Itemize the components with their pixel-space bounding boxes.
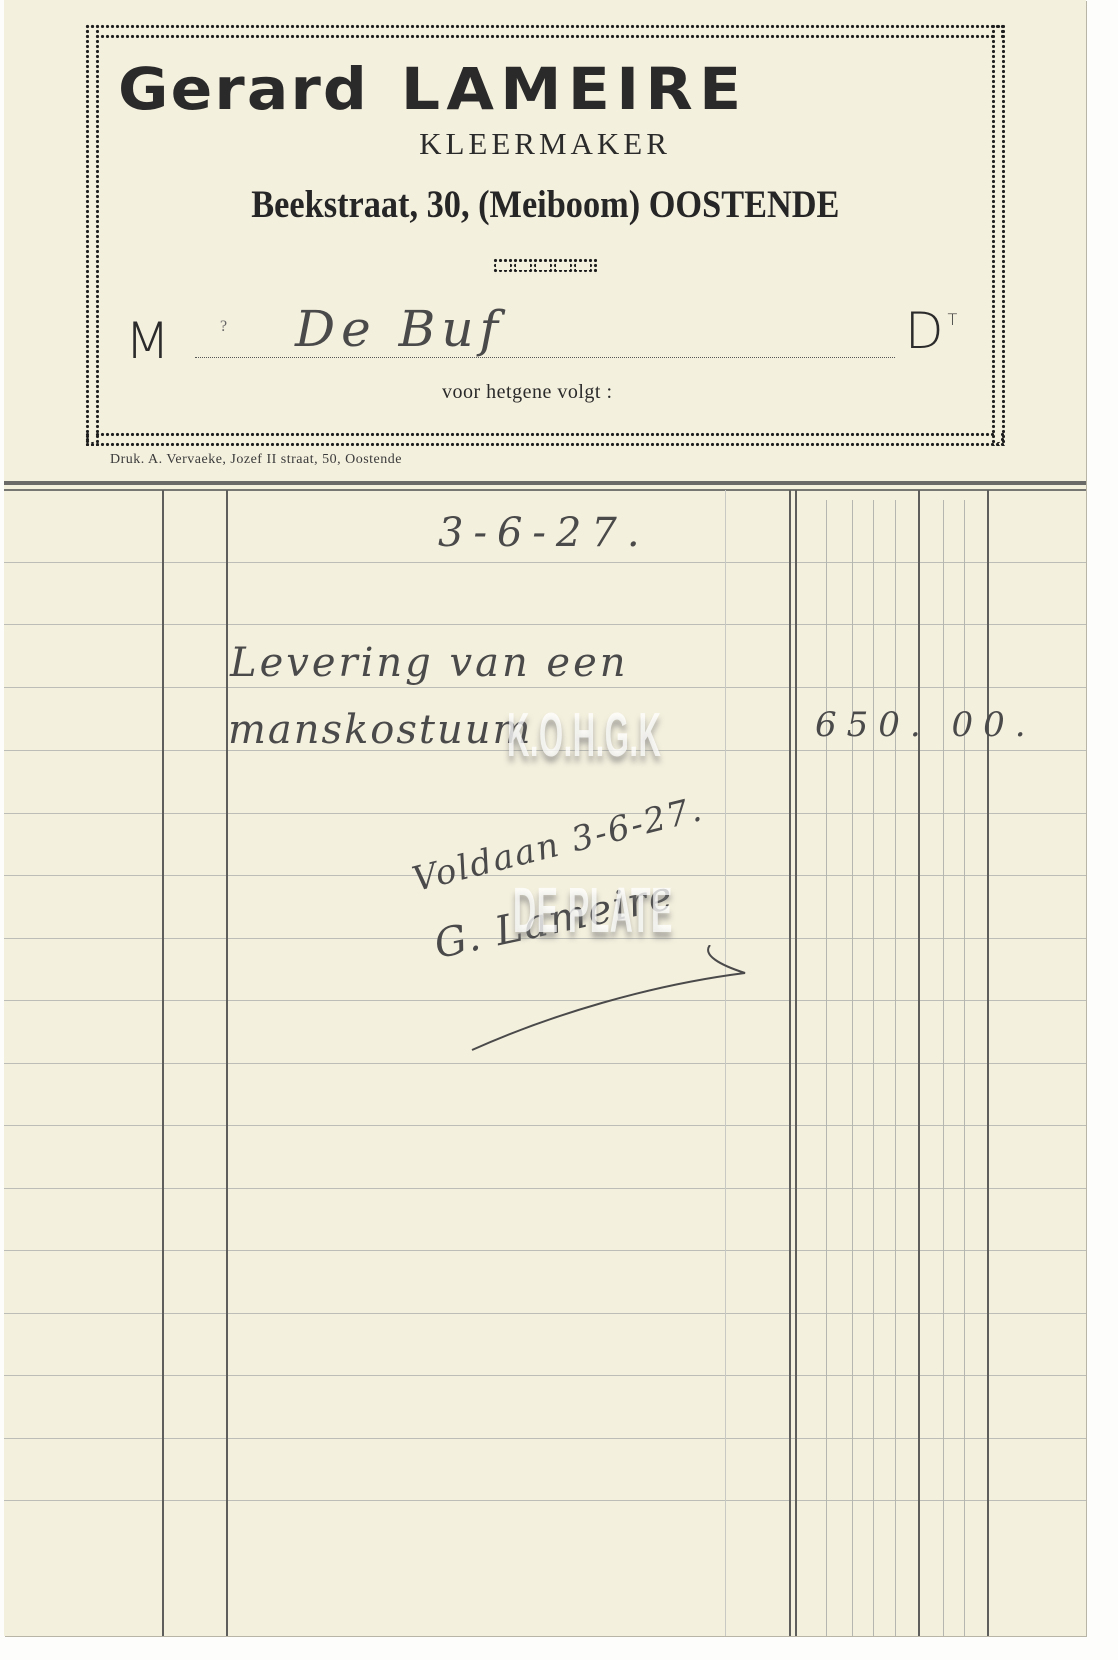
ledger-top-rule-thin bbox=[4, 489, 1086, 491]
ornamental-border-left bbox=[85, 24, 99, 446]
printer-imprint: Druk. A. Vervaeke, Jozef II straat, 50, … bbox=[110, 452, 402, 468]
entry-description-line2: manskostuum bbox=[228, 707, 532, 753]
merchant-name: GerardLAMEIRE bbox=[118, 55, 1030, 123]
entry-date: 3-6-27. bbox=[438, 510, 650, 556]
ornamental-border-bottom bbox=[85, 432, 1005, 446]
for-following-label: voor hetgene volgt : bbox=[442, 381, 613, 404]
invoice-paper bbox=[4, 0, 1086, 1636]
ornamental-border-top bbox=[85, 24, 1005, 38]
watermark-top: K.O.H.G.K bbox=[507, 700, 661, 771]
salutation-mark: ? bbox=[220, 318, 227, 336]
ornament-divider-icon bbox=[493, 258, 597, 274]
debtor-label: DT bbox=[905, 302, 957, 360]
ledger-top-rule bbox=[4, 481, 1086, 485]
merchant-first-name: Gerard bbox=[118, 55, 369, 123]
merchant-trade: KLEERMAKER bbox=[0, 126, 1090, 162]
recipient-name: De Buf bbox=[295, 300, 504, 358]
salutation-prefix: M bbox=[125, 312, 170, 370]
debtor-superscript: T bbox=[948, 310, 958, 329]
merchant-address: Beekstraat, 30, (Meiboom) OOSTENDE bbox=[66, 182, 1025, 227]
watermark-bottom: DE PLATE bbox=[513, 873, 673, 947]
entry-description-line1: Levering van een bbox=[230, 640, 629, 686]
signature-flourish-icon bbox=[470, 945, 760, 1055]
entry-amount: 650. 00. bbox=[815, 705, 1036, 745]
debtor-label-text: D bbox=[905, 302, 944, 360]
merchant-last-name: LAMEIRE bbox=[401, 55, 748, 123]
